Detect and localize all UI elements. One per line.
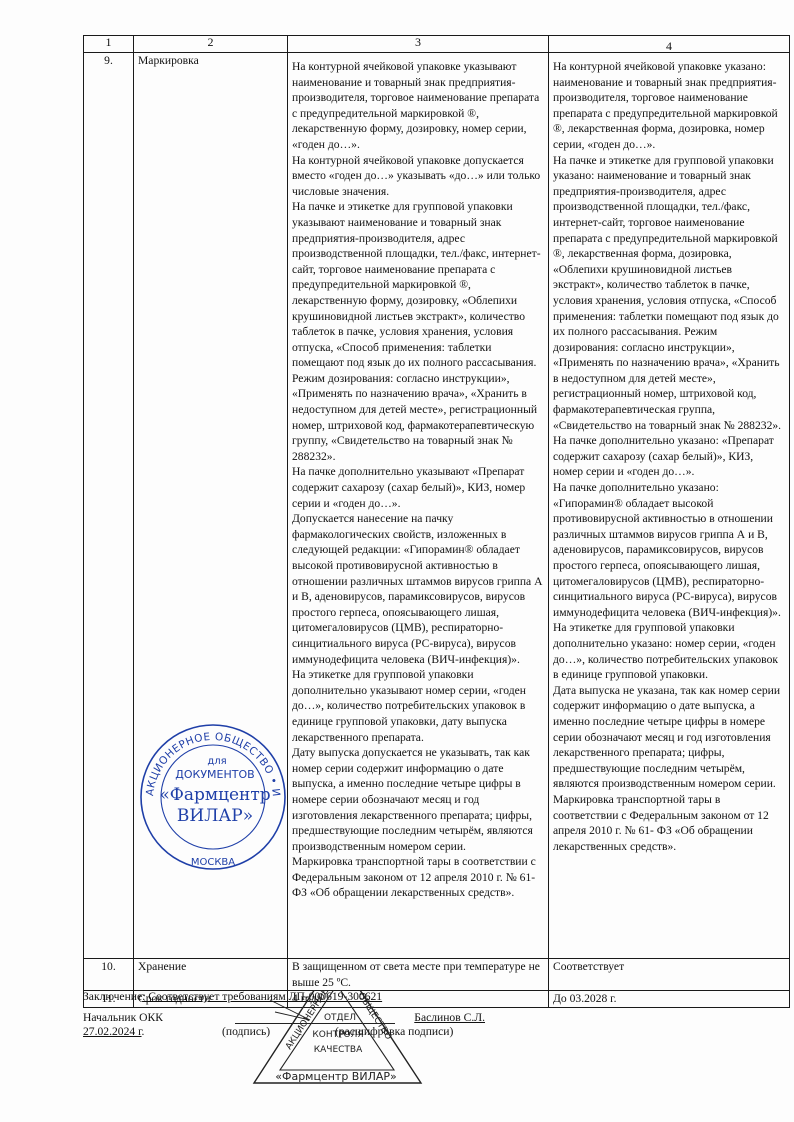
round-stamp-icon: АКЦИОНЕРНОЕ ОБЩЕСТВО • ИНН 7727206487 • … bbox=[133, 722, 293, 872]
row-result: До 03.2028 г. bbox=[549, 991, 790, 1008]
requirement-paragraph: Дату выпуска допускается не указывать, т… bbox=[292, 745, 544, 854]
date-text: 27.02.2024 г bbox=[83, 1025, 142, 1038]
conclusion-label: Заключение bbox=[83, 990, 142, 1003]
table-header-row: 1 2 3 4 bbox=[84, 36, 790, 53]
result-paragraph: Маркировка транспортной тары в соответст… bbox=[553, 792, 785, 854]
document-page: 1 2 3 4 9. Маркировка На контурной ячейк… bbox=[0, 0, 794, 1122]
date-suffix: . bbox=[142, 1025, 145, 1038]
svg-text:ДОКУМЕНТОВ: ДОКУМЕНТОВ bbox=[175, 768, 254, 781]
table-row: 10. Хранение В защищенном от света месте… bbox=[84, 959, 790, 991]
row-requirement: На контурной ячейковой упаковке указываю… bbox=[288, 53, 549, 959]
row-result: На контурной ячейковой упаковке указано:… bbox=[549, 53, 790, 959]
triangle-stamp-icon: АКЦИОНЕРНОЕ ОБЩЕСТВО ОТДЕЛ КОНТРОЛЯ КАЧЕ… bbox=[250, 990, 425, 1090]
svg-text:КАЧЕСТВА: КАЧЕСТВА bbox=[314, 1045, 363, 1055]
sign-date: 27.02.2024 г. bbox=[83, 1025, 144, 1039]
requirement-paragraph: На этикетке для групповой упаковки допол… bbox=[292, 667, 544, 745]
row-number: 9. bbox=[84, 53, 134, 959]
row-parameter: Хранение bbox=[134, 959, 288, 991]
svg-text:МОСКВА: МОСКВА bbox=[191, 857, 235, 868]
result-paragraph: На пачке дополнительно указано: «Препара… bbox=[553, 433, 785, 480]
row-requirement: В защищенном от света месте при температ… bbox=[288, 959, 549, 991]
requirement-paragraph: На контурной ячейковой упаковке указываю… bbox=[292, 59, 544, 153]
requirement-paragraph: На контурной ячейковой упаковке допускае… bbox=[292, 153, 544, 200]
requirement-paragraph: Допускается нанесение на пачку фармаколо… bbox=[292, 511, 544, 667]
svg-text:для: для bbox=[207, 756, 226, 767]
svg-text:ОТДЕЛ: ОТДЕЛ bbox=[324, 1013, 356, 1023]
header-col-3: 3 bbox=[288, 36, 549, 53]
result-paragraph: На этикетке для групповой упаковки допол… bbox=[553, 620, 785, 682]
svg-text:КОНТРОЛЯ: КОНТРОЛЯ bbox=[312, 1030, 363, 1040]
row-number: 10. bbox=[84, 959, 134, 991]
result-paragraph: На пачке дополнительно указано: «Гипорам… bbox=[553, 480, 785, 620]
signer-position: Начальник ОКК bbox=[83, 1011, 163, 1025]
header-col-2: 2 bbox=[134, 36, 288, 53]
header-col-4: 4 bbox=[549, 36, 790, 53]
header-col-1: 1 bbox=[84, 36, 134, 53]
result-paragraph: Дата выпуска не указана, так как номер с… bbox=[553, 683, 785, 792]
row-result: Соответствует bbox=[549, 959, 790, 991]
result-paragraph: На пачке и этикетке для групповой упаков… bbox=[553, 153, 785, 434]
svg-text:«Фармцентр: «Фармцентр bbox=[159, 785, 270, 805]
requirement-paragraph: На пачке дополнительно указывают «Препар… bbox=[292, 464, 544, 511]
svg-text:ВИЛАР»: ВИЛАР» bbox=[177, 806, 253, 826]
requirement-paragraph: Маркировка транспортной тары в соответст… bbox=[292, 854, 544, 901]
result-paragraph: На контурной ячейковой упаковке указано:… bbox=[553, 59, 785, 153]
svg-text:«Фармцентр ВИЛАР»: «Фармцентр ВИЛАР» bbox=[275, 1070, 397, 1083]
requirement-paragraph: На пачке и этикетке для групповой упаков… bbox=[292, 199, 544, 464]
